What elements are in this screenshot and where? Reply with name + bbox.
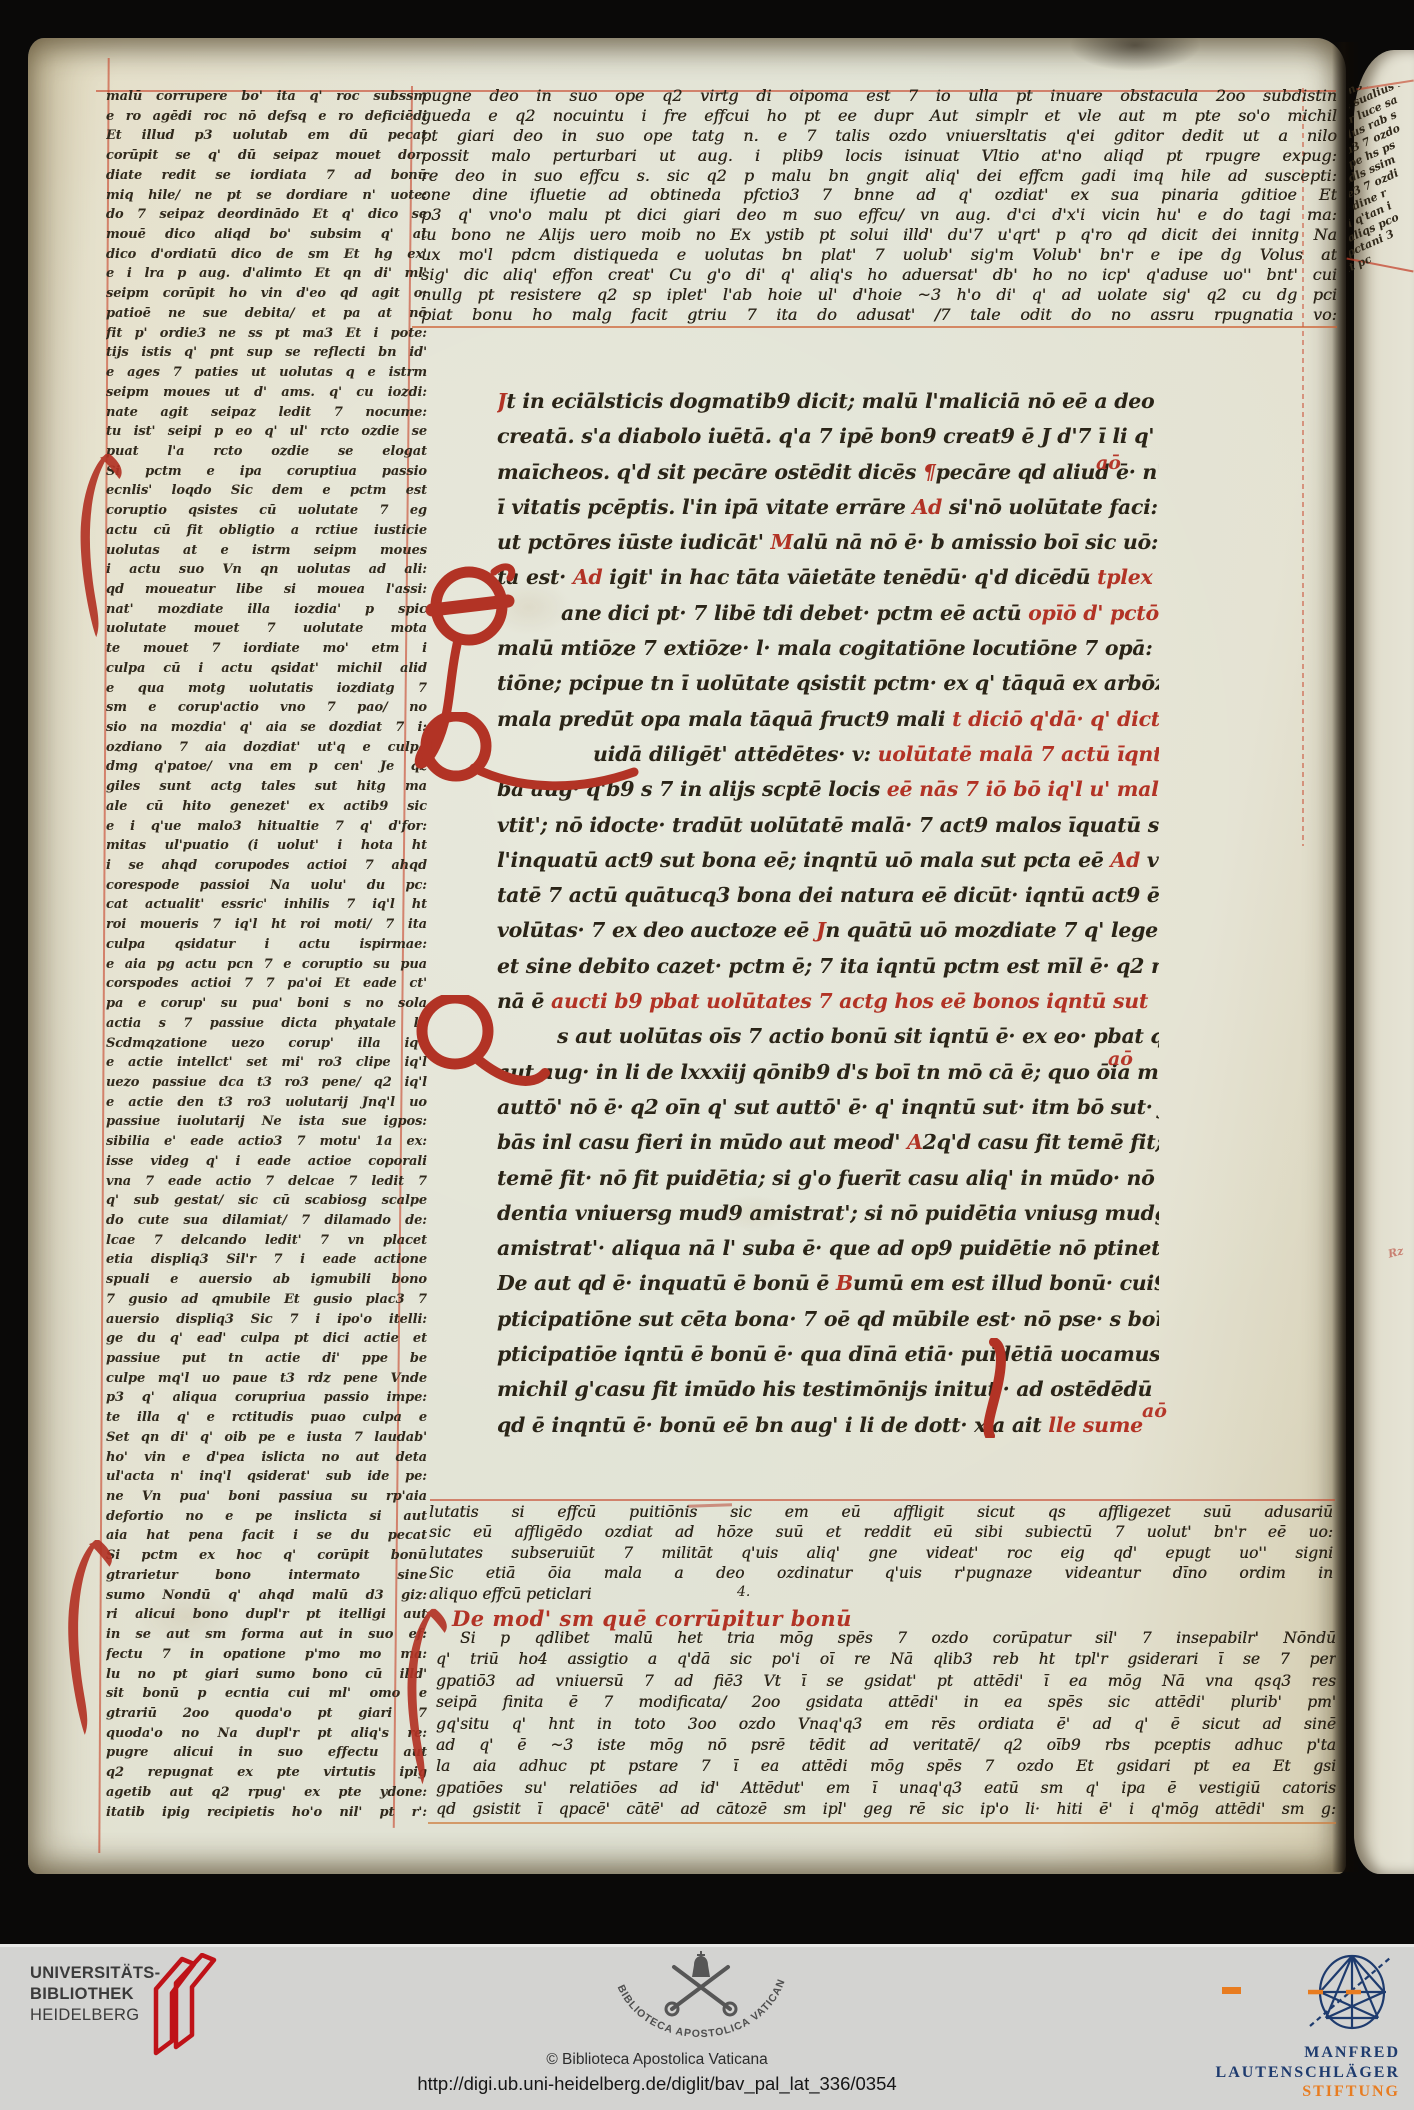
manuscript-text-line: dmg q'patoe/ vna em p cen' Je qz bbox=[106, 757, 427, 777]
manuscript-text-line: etia displiq3 Sil'r 7 i eade actione bbox=[106, 1250, 427, 1270]
manuscript-text-line: culpa cū i actu qsidat' michil alid bbox=[106, 659, 427, 679]
digitized-manuscript-viewer: malū corrupere bo' ita q' roc subssme ro… bbox=[0, 0, 1414, 2110]
ink-text: vtit'; nō idocte· tradūt uolūtatē malā· … bbox=[497, 813, 1159, 837]
ink-text: malū mtiōze 7 extiōze· l· mala cogitatiō… bbox=[497, 636, 1153, 660]
manuscript-text-line: auersio displiq3 Sic 7 i ipo'o itelli: bbox=[106, 1310, 427, 1330]
manuscript-text-line: gtrariū 2oo quoda'o pt giari 7 bbox=[106, 1704, 427, 1724]
ink-text: pecāre qd aliud ē· n' bbox=[936, 460, 1159, 484]
ink-text: tatē 7 actū quātucq3 bona dei natura eē … bbox=[497, 883, 1159, 907]
manuscript-text-line: lutatis si effcū puitiōnis sic em eū aff… bbox=[429, 1502, 1333, 1522]
manuscript-text-line: ī vitatis pcēptis. l'in ipā vitate errār… bbox=[497, 490, 1159, 525]
manuscript-text-line: tiōne; pcipue tn ī uolūtate qsistit pctm… bbox=[497, 666, 1159, 701]
ink-text: umū em est illud bonū· cui9 bbox=[853, 1271, 1159, 1295]
manuscript-text-line: re deo in suo effcu s. sic q2 p malu bn … bbox=[421, 166, 1337, 186]
manuscript-text-line: aut aug· in li de lxxxiij qōnib9 d's boī… bbox=[497, 1055, 1159, 1090]
marginal-note: aō bbox=[1108, 1048, 1133, 1070]
manuscript-text-line: culpe mq'l uo paue t3 rdz pene Vnde bbox=[106, 1369, 427, 1389]
manuscript-text-line: mitas ul'puatio (i uolut' i hota ht bbox=[106, 836, 427, 856]
rubricated-text: J bbox=[497, 389, 506, 413]
manuscript-text-line: pt giari deo in suo ope tatg n. e 7 tali… bbox=[421, 126, 1337, 146]
ink-text: ane dici pt· 7 libē tdi debet· pctm eē a… bbox=[561, 601, 1028, 625]
ink-text: ī vitatis pcēptis. l'in ipā vitate errār… bbox=[497, 495, 912, 519]
main-text-upper-paragraph: pugne deo in suo ope q2 virtg di oipoma … bbox=[421, 86, 1337, 325]
copyright-text: © Biblioteca Apostolica Vaticana bbox=[357, 2051, 957, 2069]
ink-text: dentia vniuersg mud9 amistrat'; si nō pu… bbox=[497, 1201, 1159, 1225]
manuscript-text-line: Et illud p3 uolutab em dū pecat bbox=[106, 126, 427, 146]
manuscript-text-line: ge du q' ead' culpa pt dici actie et bbox=[106, 1329, 427, 1349]
manuscript-text-line: gpatiō3 ad vniuersū 7 ad fiē3 Vt ī se gs… bbox=[436, 1671, 1336, 1692]
ruling-line-under-paragraph bbox=[412, 326, 1337, 328]
ink-text: maīcheos. q'd sit pecāre ostēdit dicēs bbox=[497, 460, 923, 484]
manuscript-text-line: agetib aut q2 rpug' ex pte ydone: bbox=[106, 1783, 427, 1803]
manuscript-text-line: pugre alicui in suo effectu aut bbox=[106, 1743, 427, 1763]
manuscript-text-line: itatib ipig recipietis ho'o nil' pt r': bbox=[106, 1803, 427, 1823]
manuscript-text-line: Si pctm e ipa coruptiua passio bbox=[106, 462, 427, 482]
manuscript-text-line: nat' mozdiate illa iozdia' p spic bbox=[106, 600, 427, 620]
manuscript-text-line: miq hile/ ne pt se dordiare n' uote: bbox=[106, 186, 427, 206]
manuscript-text-line: qd moueatur libe si mouea l'assi: bbox=[106, 580, 427, 600]
rubric-marginal-mark: 4. bbox=[737, 1584, 750, 1600]
manuscript-text-line: i se ahqd corupodes actioi 7 ahqd bbox=[106, 856, 427, 876]
manuscript-text-line: 7 gusio ad qmubile Et gusio plac3 7 bbox=[106, 1290, 427, 1310]
manuscript-text-line: ad q' ē ~3 iste mōg nō psrē tēdit ad ver… bbox=[436, 1735, 1336, 1756]
manuscript-text-line: te illa q' e rctitudis puao culpa e bbox=[106, 1408, 427, 1428]
gloss-column: malū corrupere bo' ita q' roc subssme ro… bbox=[106, 87, 427, 1822]
manuscript-text-line: gtrarietur bono intermato sine bbox=[106, 1566, 427, 1586]
manuscript-text-line: ta est· Ad igit' in hac tāta vāietāte te… bbox=[497, 560, 1159, 595]
foundation-name: MANFRED LAUTENSCHLÄGER STIFTUNG bbox=[1216, 2043, 1400, 2102]
manuscript-text-line: diate redit se iordiata 7 ad bonū bbox=[106, 166, 427, 186]
rubricated-text: B bbox=[836, 1271, 853, 1295]
manuscript-text-line: e ro agēdi roc nō defsq e ro deficiēdi bbox=[106, 107, 427, 127]
source-url-link[interactable]: http://digi.ub.uni-heidelberg.de/diglit/… bbox=[417, 2073, 896, 2094]
manuscript-text-line: dico d'ordiatū dico de sm Et hg ex' bbox=[106, 245, 427, 265]
manuscript-text-line: in se aut sm forma aut in suo ef: bbox=[106, 1625, 427, 1645]
ink-text: tiōne; pcipue tn ī uolūtate qsistit pctm… bbox=[497, 671, 1159, 695]
manuscript-text-line: e actie den t3 ro3 uolutarij Jnq'l uo bbox=[106, 1093, 427, 1113]
manuscript-text-line: Jt in eciālsticis dogmatib9 dicit; malū … bbox=[497, 384, 1159, 419]
ink-text: igit' in hac tāta vāietāte tenēdū· q'd d… bbox=[602, 565, 1097, 589]
manuscript-text-line: sit bonū p ecntia cui ml' omo e bbox=[106, 1684, 427, 1704]
manuscript-text-line: temē fit· nō fit puidētia; si g'o fuerīt… bbox=[497, 1161, 1159, 1196]
facing-page-edge bbox=[1354, 50, 1414, 1874]
manuscript-text-line: tu ist' seipi p eo q' ul' rcto ozdie se bbox=[106, 422, 427, 442]
manuscript-text-line: piat bonu ho malg facit gtriu 7 ita do a… bbox=[421, 305, 1337, 325]
ink-text: De aut qd ē· inquatū ē bonū ē bbox=[497, 1271, 836, 1295]
ink-text: 2q'd casu fit temē fit; q2q'd bbox=[923, 1130, 1159, 1154]
rubric-bracket-icon bbox=[404, 1598, 452, 1796]
manuscript-text-line: uolutas at e istrm seipm moues bbox=[106, 541, 427, 561]
vatican-stamp-icon: BIBLIOTECA APOSTOLICA VATICANA bbox=[600, 1951, 800, 2053]
manuscript-text-line: lu bono ne Alijs uero moib no Ex ystib p… bbox=[421, 225, 1337, 245]
margin-flourish-icon bbox=[58, 1538, 124, 1738]
ink-text: Si p qdlibet malū het tria mōg spēs 7 oz… bbox=[460, 1629, 1336, 1647]
manuscript-text-line: e i lra p aug. d'alimto Et qn di' ml' bbox=[106, 264, 427, 284]
foundation-name-line: STIFTUNG bbox=[1216, 2082, 1400, 2102]
manuscript-text-line: malū mtiōze 7 extiōze· l· mala cogitatiō… bbox=[497, 631, 1159, 666]
manuscript-text-line: seipm moues ut d' ams. q' cu iozdi: bbox=[106, 383, 427, 403]
manuscript-text-line: e ages 7 paties ut uolutas q e istrm bbox=[106, 363, 427, 383]
manuscript-text-line: lutates subseruiūt 7 militāt q'uis aliq'… bbox=[429, 1543, 1333, 1563]
manuscript-text-line: puat l'a rcto ozdie se elogat bbox=[106, 442, 427, 462]
manuscript-text-line: sumo Nondū q' ahqd malū d3 giz: bbox=[106, 1586, 427, 1606]
manuscript-text-line: p3 q' aliqua corupriua passio impe: bbox=[106, 1388, 427, 1408]
manuscript-text-line: ux mo'l pdcm distiqueda e uolutas bn pla… bbox=[421, 245, 1337, 265]
ink-text: volu: bbox=[1140, 848, 1159, 872]
manuscript-text-line: ane dici pt· 7 libē tdi debet· pctm eē a… bbox=[497, 596, 1159, 631]
ink-text: t in eciālsticis dogmatib9 dicit; malū l… bbox=[506, 389, 1154, 413]
manuscript-text-line: ut pctōres iūste iudicāt' Malū nā nō ē· … bbox=[497, 525, 1159, 560]
library-logo-icon bbox=[142, 1953, 222, 2059]
manuscript-text-line: gq'situ q' hnt in toto 3oo ozdo Vnaq'q3 … bbox=[436, 1714, 1336, 1735]
manuscript-text-line: De aut qd ē· inquatū ē bonū ē Bumū em es… bbox=[497, 1266, 1159, 1301]
ink-text: qd ē inqntū ē· bonū eē bn aug' i li de d… bbox=[497, 1413, 1048, 1437]
ink-text: temē fit· nō fit puidētia; si g'o fuerīt… bbox=[497, 1166, 1159, 1190]
manuscript-text-line: maīcheos. q'd sit pecāre ostēdit dicēs ¶… bbox=[497, 455, 1159, 490]
manuscript-text-line: actia s 7 passiue dicta phyatale lo bbox=[106, 1014, 427, 1034]
ink-text: alū nā nō ē· b amissio boī sic uō: bbox=[793, 530, 1158, 554]
manuscript-text-line: aliquo effcū peticlari bbox=[429, 1584, 1333, 1604]
rubricated-text: ¶ bbox=[923, 460, 936, 484]
rubricated-text: lle sume bbox=[1048, 1413, 1143, 1437]
manuscript-text-line: pugne deo in suo ope q2 virtg di oipoma … bbox=[421, 86, 1337, 106]
marginal-note: aō bbox=[1142, 1400, 1167, 1422]
rubricated-text: eē nās 7 iō bō iq'l u' mala tē eē pcta bbox=[887, 777, 1159, 801]
manuscript-text-line: auttō' nō ē· q2 oīn q' sut auttō' ē· q' … bbox=[497, 1090, 1159, 1125]
manuscript-text-line: qd gsistit ī qpacē' cātē' ad cātozē sm i… bbox=[436, 1799, 1336, 1820]
manuscript-text-line: ri alicui bono dupl'r pt itelligi aut bbox=[106, 1605, 427, 1625]
rubricated-text: opīō d' pctō bbox=[1028, 601, 1159, 625]
manuscript-text-line: Set qn di' q' oib pe e iusta 7 laudab' bbox=[106, 1428, 427, 1448]
manuscript-text-line: do cute sua dilamiat/ 7 dilamado de: bbox=[106, 1211, 427, 1231]
manuscript-text-line: culpa qsidatur i actu ispirmae: bbox=[106, 935, 427, 955]
manuscript-text-line: Si p qdlibet malū het tria mōg spēs 7 oz… bbox=[436, 1628, 1336, 1649]
manuscript-text-line: malū corrupere bo' ita q' roc subssm bbox=[106, 87, 427, 107]
manuscript-text-line: Si pctm ex hoc q' corūpit bonū bbox=[106, 1546, 427, 1566]
manuscript-text-line: ale cū hito genezet' ex actib9 sic bbox=[106, 797, 427, 817]
manuscript-text-line: pticipatiōe iqntū ē bonū ē· qua dīnā eti… bbox=[497, 1337, 1159, 1372]
manuscript-text-line: s aut uolūtas oīs 7 actio bonū sit iqntū… bbox=[497, 1019, 1159, 1054]
manuscript-text-line: roi moueris 7 iq'l ht roi moti/ 7 ita bbox=[106, 915, 427, 935]
orange-dash-icon bbox=[1222, 1987, 1241, 1994]
manuscript-text-line: giles sunt actg tales sut hitg ma bbox=[106, 777, 427, 797]
svg-text:BIBLIOTECA APOSTOLICA VATICA: BIBLIOTECA APOSTOLICA VATICANA bbox=[600, 1951, 788, 2040]
initial-q2-icon bbox=[405, 995, 550, 1090]
foundation-name-line: LAUTENSCHLÄGER bbox=[1216, 2063, 1400, 2083]
manuscript-text-line: i actu suo Vn qn uolutas ad ali: bbox=[106, 560, 427, 580]
manuscript-text-line: passiue put tn actie di' ppe be bbox=[106, 1349, 427, 1369]
ruling-line-bottom bbox=[428, 1822, 1336, 1824]
manuscript-text-line: q' triū ho4 assigtio a q'dā sic po'i oī … bbox=[436, 1649, 1336, 1670]
manuscript-text-line: vtit'; nō idocte· tradūt uolūtatē malā· … bbox=[497, 808, 1159, 843]
manuscript-text-line: patioē ne sue debita/ et pa at nō bbox=[106, 304, 427, 324]
manuscript-text-line: e aia pg actu pcn 7 e coruptio su pua bbox=[106, 955, 427, 975]
manuscript-text-line: mouē dico aliqd bo' subsim q' at bbox=[106, 225, 427, 245]
manuscript-text-line: cat actualit' essric' inhilis 7 iq'l ht bbox=[106, 895, 427, 915]
footer-bar: UNIVERSITÄTS- BIBLIOTHEK HEIDELBERG BIBL… bbox=[0, 1944, 1414, 2110]
foundation-globe-icon bbox=[1306, 1954, 1394, 2032]
manuscript-text-line: lu no pt giari sumo bono cū illd' bbox=[106, 1665, 427, 1685]
manuscript-text-line: lcae 7 delcando ledit' 7 vn placet bbox=[106, 1231, 427, 1251]
manuscript-text-line: Sic etiā ōia mala a deo ozdinatur q'uis … bbox=[429, 1563, 1333, 1583]
manuscript-text-line: dentia vniuersg mud9 amistrat'; si nō pu… bbox=[497, 1196, 1159, 1231]
manuscript-text-line: te mouet 7 iordiate mo' etm i bbox=[106, 639, 427, 659]
manuscript-text-line: e actie intellct' set mi' ro3 clipe iq'l bbox=[106, 1053, 427, 1073]
library-logo-line: BIBLIOTHEK bbox=[30, 1984, 160, 2005]
library-logo-line: UNIVERSITÄTS- bbox=[30, 1963, 160, 1984]
manuscript-text-line: fit p' ordie3 ne ss pt ma3 Et i pote: bbox=[106, 324, 427, 344]
ink-text: aliquo effcū peticlari bbox=[429, 1585, 592, 1603]
manuscript-text-line: pticipatiōne sut cēta bona· 7 oē qd mūbi… bbox=[497, 1302, 1159, 1337]
ink-text: l'inquatū act9 sut bona eē; inqntū uō ma… bbox=[497, 848, 1110, 872]
manuscript-text-line: vna 7 eade actio 7 delcae 7 ledit 7 bbox=[106, 1172, 427, 1192]
ink-text: amistrat'· aliqua nā l' suba ē· que ad o… bbox=[497, 1236, 1159, 1260]
manuscript-text-line: do 7 seipaz deordinādo Et q' dico se bbox=[106, 205, 427, 225]
manuscript-text-line: possit malo perturbari ut aug. i plib9 l… bbox=[421, 146, 1337, 166]
ink-text: s aut uolūtas oīs 7 actio bonū sit iqntū… bbox=[557, 1024, 1159, 1048]
rubricated-text: Ad bbox=[912, 495, 942, 519]
manuscript-text-line: nate agit seipaz ledit 7 nocume: bbox=[106, 403, 427, 423]
initial-q-icon bbox=[408, 712, 643, 797]
manuscript-text-line: ne Vn pua' boni passiua su rp'aia bbox=[106, 1487, 427, 1507]
manuscript-text-line: spuali e auersio ab igmubili bono bbox=[106, 1270, 427, 1290]
manuscript-text-line: bās inl casu fieri in mūdo aut meod' A2q… bbox=[497, 1125, 1159, 1160]
manuscript-text-line: quoda'o no Na dupl'r pt aliq's re: bbox=[106, 1724, 427, 1744]
ruling-line-mid bbox=[430, 1499, 1335, 1501]
rubricated-text: Ad bbox=[1110, 848, 1140, 872]
manuscript-text-line: q2 repugnat ex pte virtutis ipig bbox=[106, 1763, 427, 1783]
rubricated-text: aucti b9 pbat uolūtates 7 actg hos eē bo… bbox=[551, 989, 1148, 1013]
manuscript-text-line: uezo passiue dca t3 ro3 pene/ q2 iq'l bbox=[106, 1073, 427, 1093]
ink-text: aut aug· in li de lxxxiij qōnib9 d's boī… bbox=[497, 1060, 1159, 1084]
rubricated-text: t diciō q'dā· q' dict bbox=[952, 707, 1159, 731]
rubricated-text: Ad bbox=[573, 565, 603, 589]
manuscript-text-line: coruptio qsistes cū uolutate 7 eg bbox=[106, 501, 427, 521]
vatican-arc-text: BIBLIOTECA APOSTOLICA VATICANA bbox=[600, 1951, 788, 2040]
manuscript-text-line: defortio no e pe inslicta si aut bbox=[106, 1507, 427, 1527]
manuscript-text-line: aia hat pena facit i se du pecat bbox=[106, 1526, 427, 1546]
rubricated-text: M bbox=[771, 530, 793, 554]
rubricated-text: uolūtatē malā 7 actū īqntū st bbox=[878, 742, 1159, 766]
manuscript-text-line: ho' vin e d'pea islicta no aut deta bbox=[106, 1448, 427, 1468]
manuscript-text-line: michil g'casu fit imūdo his testimōnijs … bbox=[497, 1372, 1159, 1407]
source-url: http://digi.ub.uni-heidelberg.de/diglit/… bbox=[307, 2073, 1007, 2095]
manuscript-text-line: e qua motg uolutatis iozdiatg 7 bbox=[106, 679, 427, 699]
manuscript-text-line: ecnlis' loqdo Sic dem e pctm est bbox=[106, 481, 427, 501]
manuscript-text-line: one dine ifluetie ad obtineda pfctio3 7 … bbox=[421, 185, 1337, 205]
manuscript-text-line: sig' dic aliq' effon creat' Cu g'o di' q… bbox=[421, 265, 1337, 285]
ink-text: michil g'casu fit imūdo his testimōnijs … bbox=[497, 1377, 1159, 1401]
ink-text: n quātū uō mozdiate 7 q' lege fit bbox=[825, 918, 1159, 942]
initial-i-icon bbox=[976, 1338, 1006, 1438]
library-logo-line: HEIDELBERG bbox=[30, 2005, 160, 2026]
manuscript-text-line: sibilia e' eade actio3 7 motu' 1a ex: bbox=[106, 1132, 427, 1152]
rubricated-text: J bbox=[816, 918, 825, 942]
manuscript-text-line: passiue iuolutarij Ne ista sue igpos: bbox=[106, 1112, 427, 1132]
ink-text: volūtas· 7 ex deo auctoze eē bbox=[497, 918, 816, 942]
manuscript-text-line: amistrat'· aliqua nā l' suba ē· que ad o… bbox=[497, 1231, 1159, 1266]
manuscript-text-line: creatā. s'a diabolo iuētā. q'a 7 ipē bon… bbox=[497, 419, 1159, 454]
manuscript-text-line: p3 q' vno'o malu pt dici giari deo m suo… bbox=[421, 205, 1337, 225]
manuscript-text-line: pa e corup' su pua' boni s no sola bbox=[106, 994, 427, 1014]
manuscript-text-line: nullg pt resistere q2 sp iplet' l'ab hoi… bbox=[421, 285, 1337, 305]
ink-text: pticipatiōe iqntū ē bonū ē· qua dīnā eti… bbox=[497, 1342, 1159, 1366]
manuscript-text-line: sm e corup'actio vno 7 pao/ no bbox=[106, 698, 427, 718]
manuscript-text-line: Scdmqzatione uezo corup' illa iq'l bbox=[106, 1034, 427, 1054]
foundation-name-line: MANFRED bbox=[1216, 2043, 1400, 2063]
ink-text: bās inl casu fieri in mūdo aut meod' bbox=[497, 1130, 907, 1154]
manuscript-text-line: e i q'ue malo3 hitualtie 7 q' d'for: bbox=[106, 817, 427, 837]
ink-text: si'nō uolūtate faci: bbox=[942, 495, 1158, 519]
manuscript-text-line: l'inquatū act9 sut bona eē; inqntū uō ma… bbox=[497, 843, 1159, 878]
manuscript-text-line: seipā finita ē 7 modificata/ 2oo gsidata… bbox=[436, 1692, 1336, 1713]
manuscript-text-line: et sine debito cazet· pctm ē; 7 ita iqnt… bbox=[497, 949, 1159, 984]
manuscript-text-line: gueda e q2 nocuintu i fre effcui ho pt e… bbox=[421, 106, 1337, 126]
manuscript-text-line: volūtas· 7 ex deo auctoze eē Jn quātū uō… bbox=[497, 913, 1159, 948]
commentary-block: Jt in eciālsticis dogmatib9 dicit; malū … bbox=[497, 384, 1159, 1443]
ink-text: pticipatiōne sut cēta bona· 7 oē qd mūbi… bbox=[497, 1307, 1159, 1331]
manuscript-text-line: tijs istis q' pnt sup se reflecti bn id' bbox=[106, 343, 427, 363]
ink-text: et sine debito cazet· pctm ē; 7 ita iqnt… bbox=[497, 954, 1159, 978]
ink-text: ut pctōres iūste iudicāt' bbox=[497, 530, 771, 554]
margin-flourish-icon bbox=[76, 452, 128, 640]
ink-text: auttō' nō ē· q2 oīn q' sut auttō' ē· q' … bbox=[497, 1095, 1159, 1119]
manuscript-text-line: qd ē inqntū ē· bonū eē bn aug' i li de d… bbox=[497, 1408, 1159, 1443]
manuscript-text-line: corespode passioi Na uolu' du pc: bbox=[106, 876, 427, 896]
manuscript-text-line: la aia adhuc pt pstare 7 ī ea attēdi mōg… bbox=[436, 1756, 1336, 1777]
manuscript-text-line: gpatiōes su' relatiōes ad id' Attēdut' e… bbox=[436, 1778, 1336, 1799]
library-logo: UNIVERSITÄTS- BIBLIOTHEK HEIDELBERG bbox=[30, 1963, 160, 2026]
facing-page-text: m3 sucame sualius Et qur luce saulus rab… bbox=[1349, 86, 1414, 278]
manuscript-text-line: fectu 7 in opatione p'mo mo ma: bbox=[106, 1645, 427, 1665]
manuscript-text-line: actu cū fit obligtio a rctiue iusticie bbox=[106, 521, 427, 541]
manuscript-text-line: sic eū affligēdo ozdiat ad hōze suū et r… bbox=[429, 1522, 1333, 1542]
manuscript-text-line: ul'acta n' inq'l qsiderat' sub ide pe: bbox=[106, 1467, 427, 1487]
main-text-middle-paragraph: lutatis si effcū puitiōnis sic em eū aff… bbox=[429, 1502, 1333, 1604]
manuscript-text-line: nā ē aucti b9 pbat uolūtates 7 actg hos … bbox=[497, 984, 1159, 1019]
main-text-bottom-paragraph: Si p qdlibet malū het tria mōg spēs 7 oz… bbox=[436, 1628, 1336, 1821]
manuscript-text-line: q' sub gestat/ sic cū scabiosg scalpe bbox=[106, 1191, 427, 1211]
manuscript-text-line: corspodes actioi 7 7 pa'oi Et eade ct' bbox=[106, 974, 427, 994]
rubricated-text: tplex bbox=[1097, 565, 1152, 589]
manuscript-text-line: seipm corūpit ho vin d'eo qd agit o: bbox=[106, 284, 427, 304]
manuscript-text-line: sio na mozdia' q' aia se dozdiat 7 i: bbox=[106, 718, 427, 738]
manuscript-text-line: corūpit se q' dū seipaz mouet dor: bbox=[106, 146, 427, 166]
manuscript-text-line: ozdiano 7 aia dozdiat' ut'q e culpa bbox=[106, 738, 427, 758]
rubricated-text: A bbox=[907, 1130, 923, 1154]
ink-text: creatā. s'a diabolo iuētā. q'a 7 ipē bon… bbox=[497, 424, 1154, 448]
manuscript-text-line: uolutate mouet 7 uolutate mota bbox=[106, 619, 427, 639]
marginal-note: aō bbox=[1096, 452, 1121, 474]
manuscript-text-line: isse videg q' i eade actioe coporali bbox=[106, 1152, 427, 1172]
manuscript-text-line: tatē 7 actū quātucq3 bona dei natura eē … bbox=[497, 878, 1159, 913]
